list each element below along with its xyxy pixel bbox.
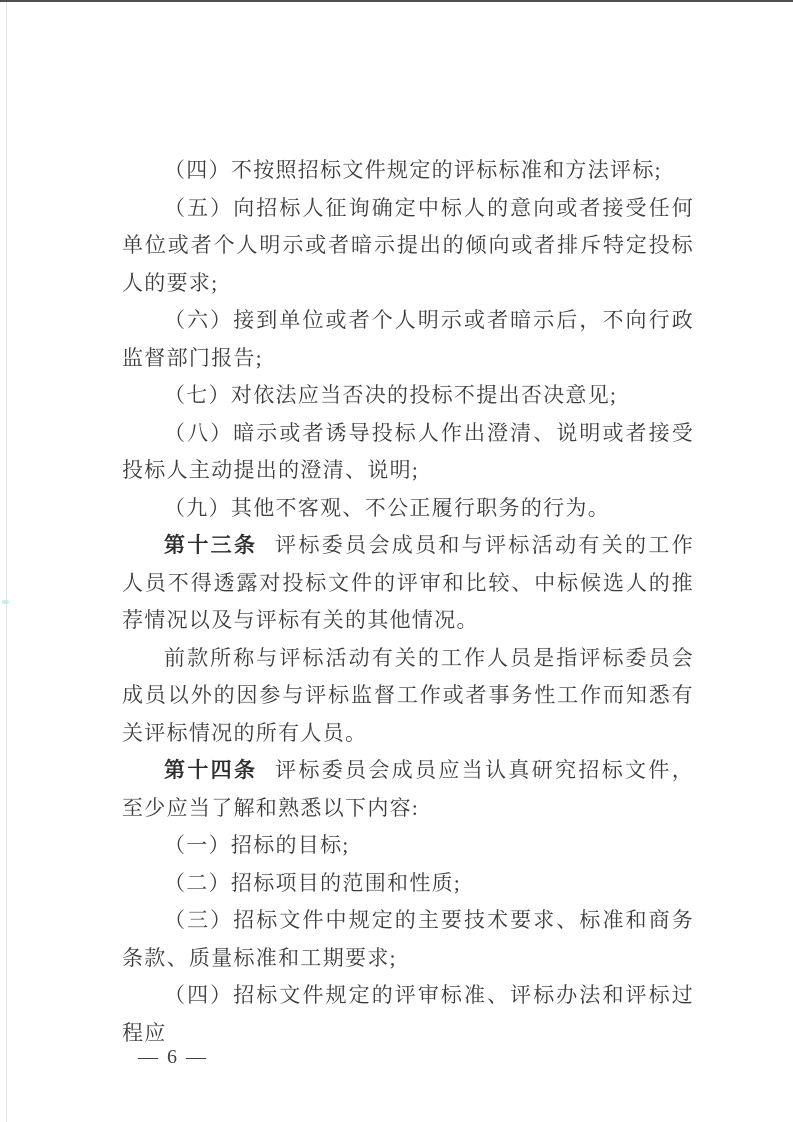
document-body: （四）不按照招标文件规定的评标标准和方法评标; （五）向招标人征询确定中标人的意… [122, 152, 694, 1052]
article-13-second-paragraph: 前款所称与评标活动有关的工作人员是指评标委员会成员以外的因参与评标监督工作或者事… [122, 640, 694, 753]
scan-top-edge-line [0, 0, 793, 2]
article-13-number: 第十三条 [164, 533, 257, 557]
list-item-5-misconduct: （五）向招标人征询确定中标人的意向或者接受任何单位或者个人明示或者暗示提出的倾向… [122, 190, 694, 303]
list-item-8-misconduct: （八）暗示或者诱导投标人作出澄清、说明或者接受投标人主动提出的澄清、说明; [122, 415, 694, 490]
list-item-9-misconduct: （九）其他不客观、不公正履行职务的行为。 [122, 490, 694, 528]
list-item-6-misconduct: （六）接到单位或者个人明示或者暗示后，不向行政监督部门报告; [122, 302, 694, 377]
article-13-paragraph: 第十三条评标委员会成员和与评标活动有关的工作人员不得透露对投标文件的评审和比较、… [122, 527, 694, 640]
article-14-number: 第十四条 [164, 758, 257, 782]
scan-artifact-speck [2, 600, 9, 604]
list-item-7-misconduct: （七）对依法应当否决的投标不提出否决意见; [122, 377, 694, 415]
list-item-4-content: （四）招标文件规定的评审标准、评标办法和评标过程应 [122, 977, 694, 1052]
page-number: — 6 — [138, 1046, 208, 1069]
list-item-3-content: （三）招标文件中规定的主要技术要求、标准和商务条款、质量标准和工期要求; [122, 902, 694, 977]
document-page: （四）不按照招标文件规定的评标标准和方法评标; （五）向招标人征询确定中标人的意… [0, 0, 793, 1122]
list-item-1-content: （一）招标的目标; [122, 827, 694, 865]
scan-left-edge-line [6, 2, 7, 1122]
list-item-4-misconduct: （四）不按照招标文件规定的评标标准和方法评标; [122, 152, 694, 190]
page-number-label: — 6 — [138, 1046, 208, 1068]
list-item-2-content: （二）招标项目的范围和性质; [122, 865, 694, 903]
article-14-paragraph: 第十四条评标委员会成员应当认真研究招标文件，至少应当了解和熟悉以下内容: [122, 752, 694, 827]
